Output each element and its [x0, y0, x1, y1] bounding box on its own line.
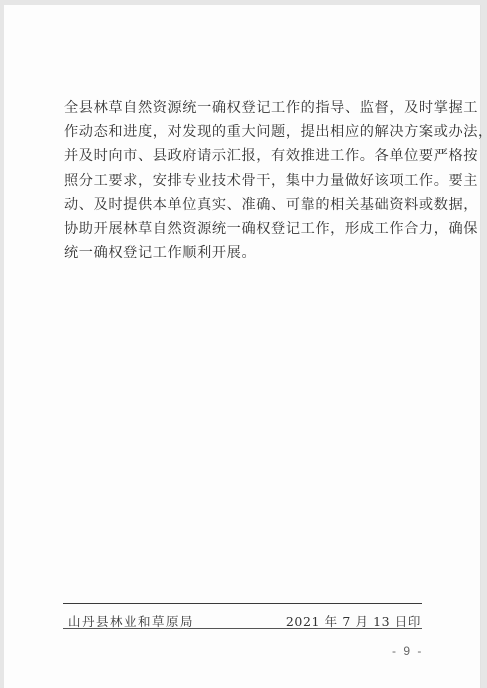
body-line: 动、及时提供本单位真实、准确、可靠的相关基础资料或数据， [64, 193, 426, 217]
body-line: 作动态和进度，对发现的重大问题，提出相应的解决方案或办法， [64, 120, 426, 144]
page-edge [480, 5, 481, 688]
body-line: 全县林草自然资源统一确权登记工作的指导、监督，及时掌握工 [64, 96, 426, 120]
page-number: - 9 - [392, 644, 423, 658]
body-line: 照分工要求，安排专业技术骨干，集中力量做好该项工作。要主 [64, 169, 426, 193]
footer-top-rule [63, 603, 422, 604]
footer-bottom-rule [63, 628, 422, 629]
body-line: 统一确权登记工作顺利开展。 [64, 241, 426, 265]
body-paragraph: 全县林草自然资源统一确权登记工作的指导、监督，及时掌握工 作动态和进度，对发现的… [64, 96, 426, 265]
body-line: 协助开展林草自然资源统一确权登记工作，形成工作合力，确保 [64, 217, 426, 241]
body-line: 并及时向市、县政府请示汇报，有效推进工作。各单位要严格按 [64, 144, 426, 168]
